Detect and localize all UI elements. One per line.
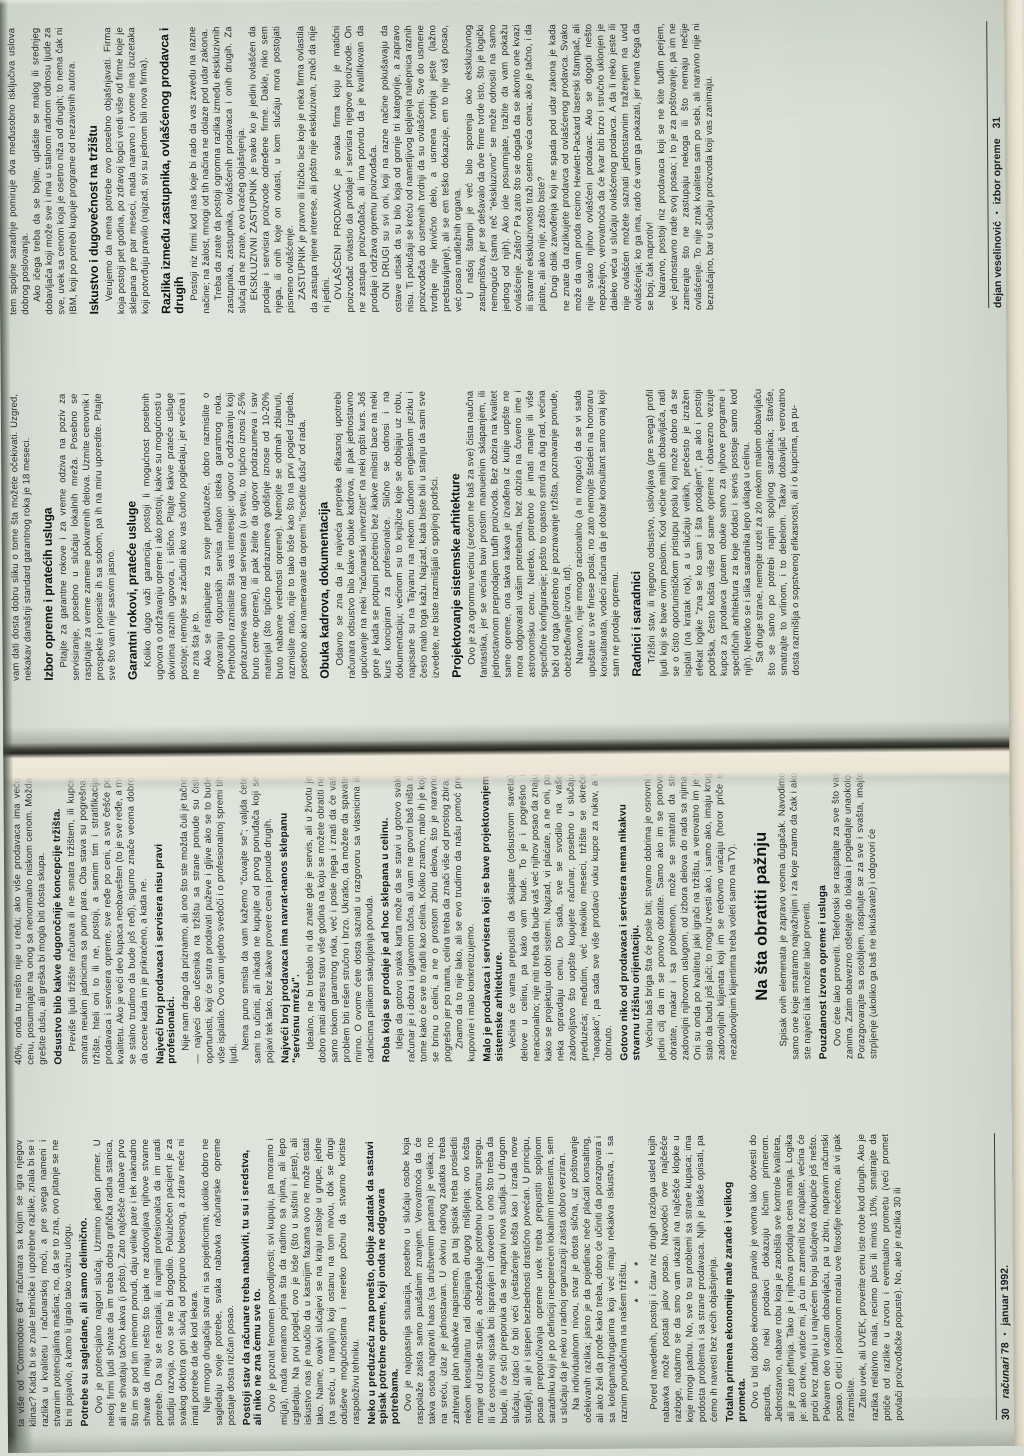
section-heading: Iskustvo i dugovečnost na tržištu [86,27,101,314]
paragraph: Ovo ćete lako proveriti. Telefonski se r… [830,772,880,1059]
paragraph: Tržišni stav, ili njegovo odsustvo, uslo… [645,389,755,677]
paragraph: Ako ičega treba da se bojite, uplašite s… [30,27,80,314]
paragraph: ZASTUPNIK je pravno ili fizičko lice koj… [295,26,333,313]
subheading: Pouzdanost izvora opreme i usluga [816,772,830,1059]
subheading: Neko u preduzeću zna ponešto, dobije zad… [364,1137,401,1424]
subheading: Odsustvo bilo kakve dugoročnije koncepci… [51,778,65,1065]
page-number-right: 31 [991,117,1003,129]
paragraph: Naravno, nije mnogo racionalno (a ni mog… [573,390,623,677]
paragraph: Postoji niz firmi kod nas koje bi rado d… [187,27,213,314]
paragraph: Ako se raspitujete za svoje preduzeće, d… [201,392,311,680]
paragraph: Nije nam drago da priznamo, ali ono što … [178,776,240,1063]
paragraph: Sa druge strane, nemojte uzeti za zlo ne… [753,388,803,675]
article-column-3: vam dati dosta dobru sliku o tome šta mo… [9,387,990,681]
subheading: Postoji stav da računare treba nabaviti,… [239,1138,264,1425]
article-column-1: ta više od "Commodore 64" računara sa ko… [14,1133,995,1427]
paragraph: Pored navedenih, postoji i čitav niz dru… [647,1135,721,1422]
paragraph: Na individualnom nivou, stvar je dosta s… [569,1136,631,1423]
paragraph: Ovo u biti dobro ekonomsko pravilo je ve… [748,1134,858,1422]
subheading: Malo je prodavaca i servisera koji se ba… [480,775,505,1062]
paragraph: Većinu baš briga šta će posle biti; stva… [642,773,740,1061]
paragraph-continued: tem spoljne saradnje pomiruje dva međuso… [6,28,32,315]
major-heading: Na šta obratiti pažnju [752,773,771,1060]
paragraph-continued: 40%, onda tu nešto nije u redu; ako više… [11,778,49,1065]
section-heading: Projektovanje sistemske arhitekture [449,391,464,678]
subheading: Gotovo niko od prodavaca i servisera nem… [617,774,642,1061]
subheading: Roba koja se prodaje je ad hoc sklepana … [379,775,393,1062]
section-heading: Razlika između zastupnika, ovlašćenog pr… [158,27,186,314]
magazine-name: računari [999,1357,1011,1399]
paragraph: Većina će vama prepustiti da sklapate (o… [505,774,615,1062]
page-spread-rotated: ta više od "Commodore 64" računara sa ko… [0,0,1024,1453]
footer-page-30: 30 računari 78 • januar 1992. [994,1133,1012,1420]
paragraph: Ovo je poznat fenomen povodljivosti; svi… [264,1138,362,1426]
section-heading: Obuka kadrova, dokumentacija [317,392,332,679]
article-column-4: tem spoljne saradnje pomiruje dva međuso… [6,21,987,315]
section-heading: Garantni rokovi, prateće usluge [125,393,140,680]
issue-date: januar 1992. [999,1265,1011,1326]
paragraph: Pitajte za garantne rokove i za vreme od… [57,393,119,680]
paragraph: Naravno, postoji niz prodavaca koji se n… [655,23,717,310]
paragraph: Ideja da gotovo svaka karta može da se s… [392,775,454,1062]
paragraph: Koliko dugo važi garancija, postoji li m… [141,393,203,680]
subheading: Potrebe su sagledane, ali samo delimično… [78,1139,92,1426]
scan-edge-right [0,0,1022,5]
paragraph: Drugi oblik zavođenja koji ne spada pod … [547,23,657,311]
paragraph-continued: vam dati dosta dobru sliku o tome šta mo… [9,394,35,681]
paragraph: Ovo je za ogromnu većinu (srećom ne baš … [465,390,575,678]
scan-edge-left [8,1428,1024,1453]
section-heading: Radnici i saradnici [629,390,644,677]
paragraph: Treba da znate da postoji ogromna razlik… [211,26,249,313]
issue-number: 78 [999,1342,1011,1354]
footer-bullet-icon: • [1000,1333,1009,1336]
paragraph: Previše ljudi tržište računara ili ne sm… [65,777,151,1065]
paragraph: Ovo je najopasnija situacija, posebno u … [401,1136,571,1424]
paragraph: OVLAŠĆENI PRODAVAC je svaka firma koju j… [331,25,381,312]
paragraph: ONI DRUGI su svi oni, koji na razne nači… [379,25,465,313]
paragraph: Idealno, ne bi trebalo ni da znate gde j… [303,775,377,1062]
paragraph: Ovo je potencijalno najgori slučaj. Uzmi… [91,1139,201,1427]
paragraph: Nije mnogo drugačija stvar ni sa pojedin… [199,1138,237,1425]
paragraph: Spisak ovih elemenata je zapravo veoma d… [776,772,814,1059]
subheading: Totalna primena ekonomije male zarade i … [723,1135,748,1422]
footer-bullet-icon: • [992,211,1001,214]
paragraph: Nema puno smisla da vam kažemo "čuvajte … [238,776,276,1063]
paragraph: Znamo da to nije lako, ali se evo trudim… [452,775,478,1062]
article-title: izbor opreme [991,138,1003,204]
paragraph: Odavno se zna da je najveća prepreka efi… [333,391,443,679]
author-name: dejan veselinović [992,221,1005,308]
paragraph: Verujemo da nema potrebe ovo posebno obj… [102,27,152,314]
paragraph-continued: ta više od "Commodore 64" računara sa ko… [14,1140,76,1427]
paragraph: U našoj štampi je već bilo sporenja oko … [463,24,549,312]
footer-page-31: dejan veselinović • izbor opreme 31 [986,21,1004,308]
subheading: Najveći broj prodavaca i servisera nisu … [153,777,178,1064]
scanned-magazine-spread: ta više od "Commodore 64" računara sa ko… [0,0,1024,1456]
section-heading: Izbor opreme i pratećih usluga [41,394,56,681]
article-column-2: 40%, onda tu nešto nije u redu; ako više… [11,771,992,1065]
subheading: Najveći broj prodavaca ima navrat-nanos … [278,776,303,1063]
paragraph: Zato uvek, ali UVEK, proverite cenu iste… [856,1134,906,1421]
separator-stars: * * * [632,1136,646,1423]
paragraph: EKSKLUZIVNI ZASTUPNIK je svako ko je jed… [247,26,297,313]
page-number-left: 30 [1000,1408,1012,1420]
